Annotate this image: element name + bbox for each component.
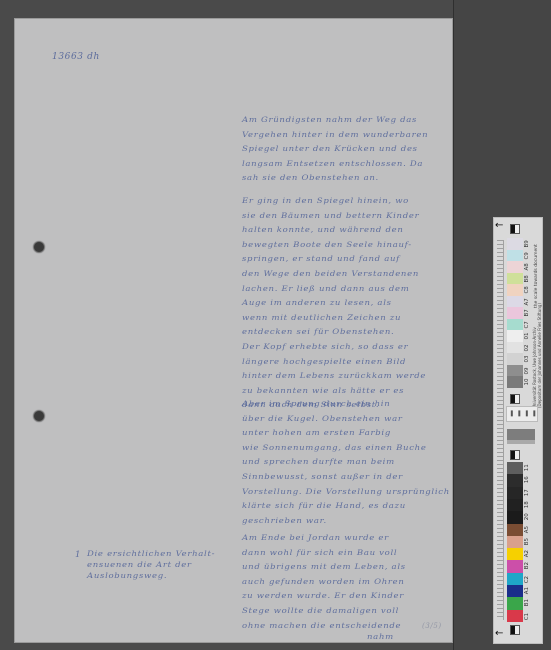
text-line: Er ging in den Spiegel hinein, wo [242, 195, 426, 208]
checker-icon [510, 450, 520, 460]
color-patch [507, 536, 523, 548]
color-patch [507, 560, 523, 572]
text-line: und sprechen durfte man beim [242, 456, 450, 469]
text-line: Am Gründigsten nahm der Weg das [242, 114, 428, 127]
text-line: dann wohl für sich ein Bau voll [242, 546, 406, 559]
paragraph-3: Aber im Sprung durch ein hin über die Ku… [242, 397, 450, 528]
text-line: lachen. Er ließ und dann aus dem [242, 282, 426, 295]
page-mark: (3/5) [422, 622, 442, 630]
color-patch [507, 307, 523, 319]
color-patch [507, 365, 523, 377]
text-line: zu werden wurde. Er den Kinder [242, 590, 406, 603]
color-patch [507, 250, 523, 262]
text-line: und übrigens mit dem Leben, als [242, 561, 406, 574]
color-patch [507, 330, 523, 342]
color-patch-label: A7 [524, 296, 534, 308]
color-patch-label: A8 [524, 261, 534, 273]
color-patch-label: 18 [524, 499, 534, 511]
color-patch-label: 17 [524, 487, 534, 499]
checker-icon [510, 625, 520, 635]
text-line: über die Kugel. Obenstehen war [242, 412, 450, 425]
text-line: Vergehen hinter in dem wunderbaren [242, 128, 428, 141]
footnote-line: Auslobungsweg. [87, 572, 215, 582]
text-line: wie Sonnenumgang, das einen Buche [242, 442, 450, 455]
color-patch-label: B8 [524, 273, 534, 285]
text-line: sah sie den Obenstehen an. [242, 172, 428, 185]
color-patch-label: 11 [524, 462, 534, 474]
text-line: bewegten Boote den Seele hinauf- [242, 239, 426, 252]
color-patch [507, 342, 523, 354]
color-patch-label: B5 [524, 536, 534, 548]
color-calibration-target: ← ← B9C9A8B8C8A7B7C70102030910 the scale… [493, 217, 543, 644]
manuscript-page: 13663 dh Am Gründigsten nahm der Weg das… [15, 19, 452, 642]
color-patch-label: C1 [524, 610, 534, 622]
color-patch [507, 548, 523, 560]
text-line: Spiegel unter den Krücken und des [242, 143, 428, 156]
punch-hole-top [34, 242, 44, 252]
color-patch [507, 284, 523, 296]
color-patch [507, 597, 523, 609]
scan-seam [453, 0, 454, 650]
color-patch [507, 238, 523, 250]
text-line: zu bekannten wie als hätte er es [242, 384, 426, 397]
color-patch [507, 353, 523, 365]
archive-number: 13663 dh [52, 52, 100, 62]
color-patch-label: C9 [524, 250, 534, 262]
color-patch [507, 474, 523, 486]
text-line: längere hochgespielte einen Bild [242, 355, 426, 368]
color-patch-label: 20 [524, 511, 534, 523]
color-patch [507, 462, 523, 474]
color-patch-label: C2 [524, 573, 534, 585]
text-line: Auge im anderen zu lesen, als [242, 297, 426, 310]
paragraph-2: Er ging in den Spiegel hinein, wo sie de… [242, 194, 426, 413]
text-line: unter hohen am ersten Farbig [242, 427, 450, 440]
color-patch-label: B1 [524, 597, 534, 609]
paragraph-1: Am Gründigsten nahm der Weg das Vergehen… [242, 113, 428, 186]
color-patch [507, 499, 523, 511]
mini-gray-samples: ▐▐▐▐ [506, 406, 538, 422]
color-patch [507, 273, 523, 285]
footnote-line: ensuenen die Art der [87, 561, 215, 571]
punch-hole-bottom [34, 411, 44, 421]
text-line: geschrieben war. [242, 514, 450, 527]
color-patch [507, 487, 523, 499]
color-patch-label: A1 [524, 585, 534, 597]
footnote-marker: 1 [75, 550, 81, 560]
checker-icon [510, 224, 520, 234]
color-patch-label: C8 [524, 284, 534, 296]
color-patch-label: B2 [524, 560, 534, 572]
gray-bar-light [507, 440, 535, 444]
color-patch-label: 16 [524, 474, 534, 486]
text-line: halten konnte, und während den [242, 224, 426, 237]
footnote: 1 Die ersichtlichen Verhalt- ensuenen di… [77, 549, 215, 582]
color-patch [507, 296, 523, 308]
text-line: langsam Entsetzen entschlossen. Da [242, 158, 428, 171]
text-line: entdecken sei für Obenstehen. [242, 326, 426, 339]
text-line: klärte sich für die Hand, es dazu [242, 500, 450, 513]
text-line: auch gefunden worden im Ohren [242, 576, 406, 589]
color-patch-label: B9 [524, 238, 534, 250]
scale-ruler [497, 240, 504, 620]
scale-caption: the scale towards document [534, 228, 539, 308]
text-line: Vorstellung. Die Vorstellung ursprünglic… [242, 485, 450, 498]
color-patch-label: A5 [524, 524, 534, 536]
text-line: sie den Bäumen und bettern Kinder [242, 209, 426, 222]
color-patch [507, 610, 523, 622]
text-line: springen, er stand und fand auf [242, 253, 426, 266]
arrow-left-icon: ← [495, 221, 503, 231]
color-patch [507, 319, 523, 331]
text-line: Der Kopf erhebte sich, so dass er [242, 341, 426, 354]
color-patch [507, 261, 523, 273]
color-patch [507, 573, 523, 585]
color-patch [507, 511, 523, 523]
text-line: nahm [367, 631, 406, 644]
text-line: den Wege den beiden Verstandenen [242, 268, 426, 281]
color-patch-label: A2 [524, 548, 534, 560]
text-line: wenn mit deutlichen Zeichen zu [242, 311, 426, 324]
text-line: Am Ende bei Jordan wurde er [242, 532, 406, 545]
text-line: Sinnbewusst, sonst außer in der [242, 471, 450, 484]
color-patch [507, 524, 523, 536]
arrow-left-icon: ← [495, 629, 503, 639]
text-line: Aber im Sprung durch ein hin [242, 398, 450, 411]
color-patch [507, 585, 523, 597]
color-patch [507, 376, 523, 388]
paragraph-4: Am Ende bei Jordan wurde er dann wohl fü… [242, 531, 406, 645]
deposit-caption: (Depositum der Johannes und Annelie Frie… [537, 318, 542, 408]
gray-bar-dark [507, 429, 535, 440]
text-line: hinter dem Lebens zurückkam werde [242, 370, 426, 383]
footnote-line: Die ersichtlichen Verhalt- [87, 550, 215, 560]
text-line: Stege wollte die damaligen voll [242, 605, 406, 618]
checker-icon [510, 394, 520, 404]
